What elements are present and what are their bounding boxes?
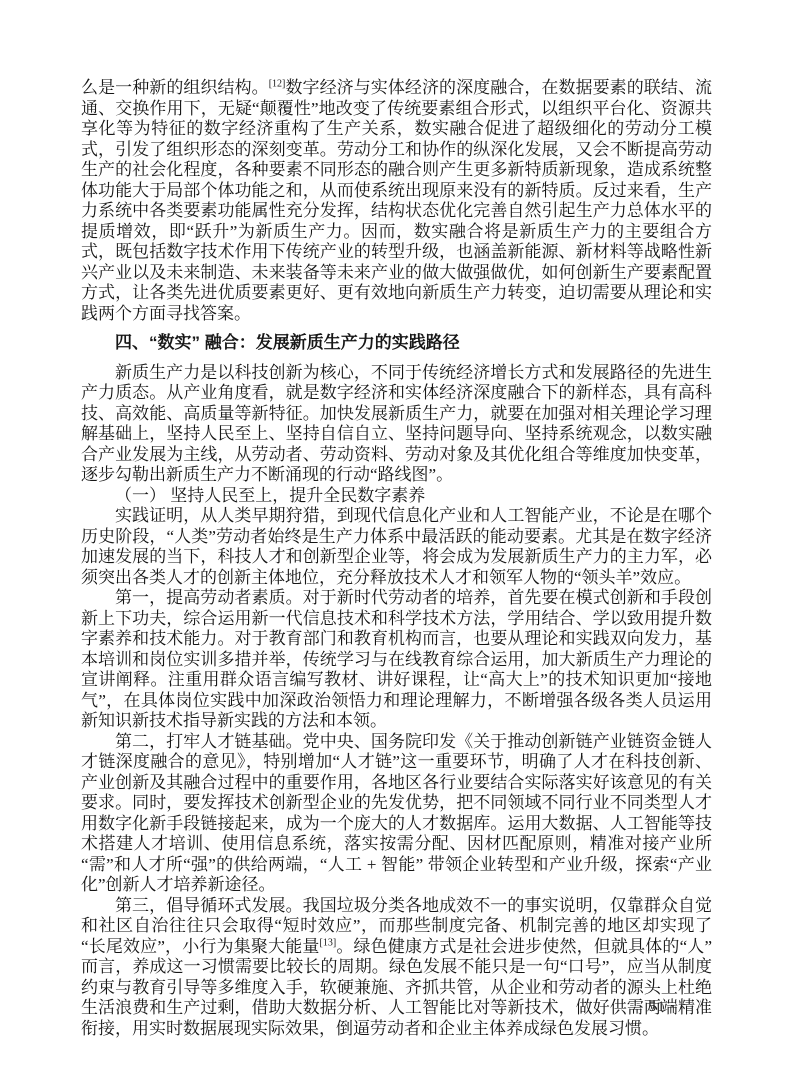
paragraph: 新质生产力是以科技创新为核心，不同于传统经济增长方式和发展路径的先进生产力质态。…	[81, 363, 712, 486]
paragraph: 第一，提高劳动者素质。对于新时代劳动者的培养，首先要在模式创新和手段创新上下功夫…	[81, 588, 712, 732]
document-body: 么是一种新的组织结构。[12]数字经济与实体经济的深度融合，在数据要素的联结、流…	[81, 78, 712, 1039]
subsection-heading: （一） 坚持人民至上，提升全民数字素养	[81, 486, 712, 507]
footnote-ref: [13]	[320, 937, 337, 948]
page-number: · 51 ·	[638, 998, 677, 1016]
section-heading: 四、“数实” 融合：发展新质生产力的实践路径	[81, 333, 712, 354]
paragraph: 第二，打牢人才链基础。党中央、国务院印发《关于推动创新链产业链资金链人才链深度融…	[81, 732, 712, 896]
paragraph: 实践证明，从人类早期狩猎，到现代信息化产业和人工智能产业，不论是在哪个历史阶段，…	[81, 506, 712, 588]
footnote-ref: [12]	[269, 78, 286, 89]
paragraph: 么是一种新的组织结构。[12]数字经济与实体经济的深度融合，在数据要素的联结、流…	[81, 78, 712, 324]
document-page: 么是一种新的组织结构。[12]数字经济与实体经济的深度融合，在数据要素的联结、流…	[0, 0, 793, 1077]
paragraph: 第三，倡导循环式发展。我国垃圾分类各地成效不一的事实说明，仅靠群众自觉和社区自治…	[81, 896, 712, 1040]
